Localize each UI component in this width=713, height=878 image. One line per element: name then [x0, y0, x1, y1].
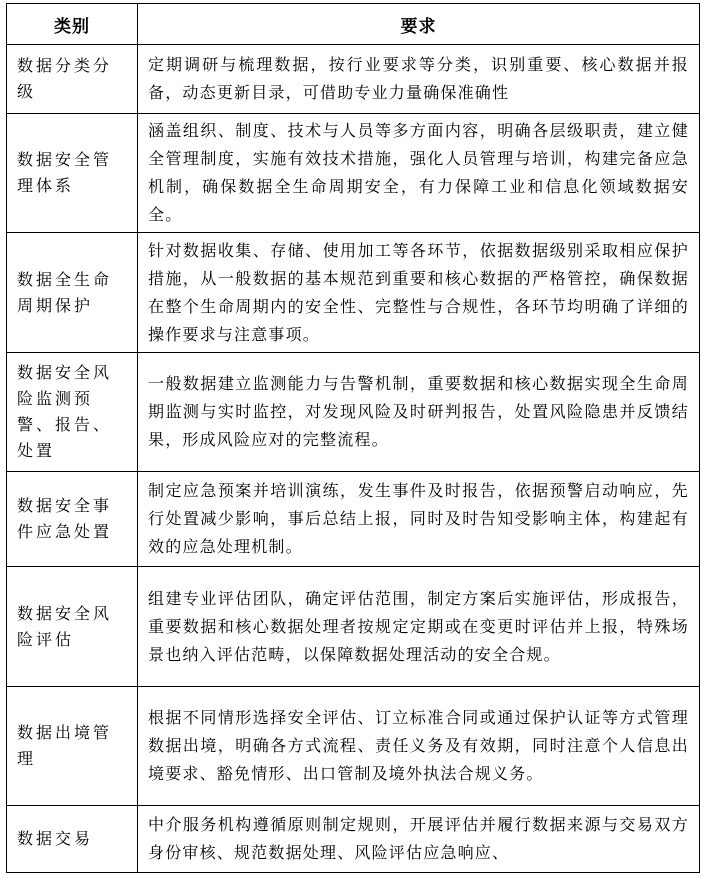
- table-row: 数据交易 中介服务机构遵循原则制定规则，开展评估并履行数据来源与交易双方身份审核…: [7, 806, 700, 873]
- table-row: 数据安全风险评估 组建专业评估团队，确定评估范围，制定方案后实施评估，形成报告，…: [7, 567, 700, 687]
- requirement-cell: 针对数据收集、存储、使用加工等各环节，依据数据级别采取相应保护措施，从一般数据的…: [138, 233, 700, 353]
- table-row: 数据出境管理 根据不同情形选择安全评估、订立标准合同或通过保护认证等方式管理数据…: [7, 687, 700, 806]
- table-row: 数据安全事件应急处置 制定应急预案并培训演练，发生事件及时报告，依据预警启动响应…: [7, 472, 700, 567]
- requirement-cell: 中介服务机构遵循原则制定规则，开展评估并履行数据来源与交易双方身份审核、规范数据…: [138, 806, 700, 873]
- category-cell: 数据安全管理体系: [7, 114, 138, 233]
- requirement-cell: 定期调研与梳理数据，按行业要求等分类，识别重要、核心数据并报备，动态更新目录，可…: [138, 45, 700, 114]
- table-row: 数据安全风险监测预警、报告、处置 一般数据建立监测能力与告警机制，重要数据和核心…: [7, 353, 700, 472]
- category-cell: 数据安全事件应急处置: [7, 472, 138, 567]
- table-row: 数据安全管理体系 涵盖组织、制度、技术与人员等多方面内容，明确各层级职责，建立健…: [7, 114, 700, 233]
- requirement-cell: 涵盖组织、制度、技术与人员等多方面内容，明确各层级职责，建立健全管理制度，实施有…: [138, 114, 700, 233]
- requirement-cell: 一般数据建立监测能力与告警机制，重要数据和核心数据实现全生命周期监测与实时监控，…: [138, 353, 700, 472]
- requirement-cell: 制定应急预案并培训演练，发生事件及时报告，依据预警启动响应，先行处置减少影响，事…: [138, 472, 700, 567]
- category-cell: 数据安全风险评估: [7, 567, 138, 687]
- requirement-cell: 组建专业评估团队，确定评估范围，制定方案后实施评估，形成报告，重要数据和核心数据…: [138, 567, 700, 687]
- category-cell: 数据安全风险监测预警、报告、处置: [7, 353, 138, 472]
- header-requirement: 要求: [138, 4, 700, 45]
- table-row: 数据全生命周期保护 针对数据收集、存储、使用加工等各环节，依据数据级别采取相应保…: [7, 233, 700, 353]
- header-category: 类别: [7, 4, 138, 45]
- requirement-cell: 根据不同情形选择安全评估、订立标准合同或通过保护认证等方式管理数据出境，明确各方…: [138, 687, 700, 806]
- category-cell: 数据出境管理: [7, 687, 138, 806]
- table-row: 数据分类分级 定期调研与梳理数据，按行业要求等分类，识别重要、核心数据并报备，动…: [7, 45, 700, 114]
- requirements-table: 类别 要求 数据分类分级 定期调研与梳理数据，按行业要求等分类，识别重要、核心数…: [6, 3, 700, 873]
- table-header-row: 类别 要求: [7, 4, 700, 45]
- category-cell: 数据分类分级: [7, 45, 138, 114]
- category-cell: 数据全生命周期保护: [7, 233, 138, 353]
- category-cell: 数据交易: [7, 806, 138, 873]
